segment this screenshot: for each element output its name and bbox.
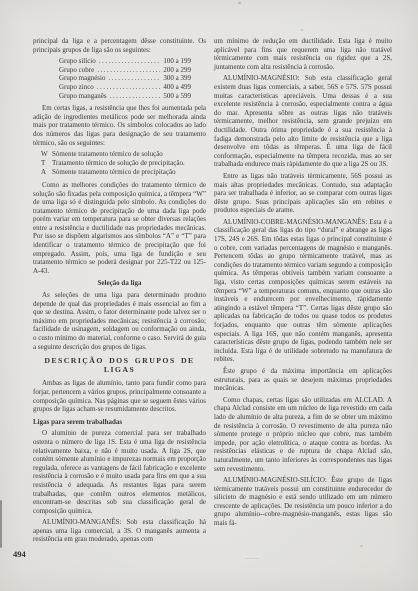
group-label: Grupo magnésio — [59, 74, 105, 83]
section-heading-descricao-grupos: DESCRIÇÃO DOS GRUPOS DE LIGAS — [33, 357, 206, 374]
paragraph-continuation: principal da liga e a percentagem dêsse … — [33, 37, 206, 54]
list-item: W Sòmente tratamento térmico de solução — [41, 150, 206, 159]
paragraph-condicoes: Como as melhores condições do tratamento… — [33, 181, 206, 276]
section-heading-selecao-da-liga: Seleção da liga — [33, 279, 206, 288]
dot-leader: ...................... — [99, 57, 161, 66]
paragraph-ambas-ligas: Ambas as ligas de alumínio, tanto para f… — [33, 379, 206, 413]
scanned-book-page: principal da liga e a percentagem dêsse … — [0, 0, 418, 591]
group-range: 200 a 299 — [163, 66, 191, 75]
symbol-description: Sòmente tratamento térmico de precipitaç… — [52, 168, 206, 177]
dot-leader: ...................... — [97, 66, 160, 75]
list-item: T Tratamento térmico de solução de preci… — [41, 159, 206, 168]
paragraph-este-grupo: Êste grupo é da máxima importância em ap… — [214, 367, 392, 393]
alloy-group-number-list: Grupo silício ...................... 100… — [59, 57, 191, 100]
paragraph-aluminio-magnesio-silicio: ALUMÍNIO-MAGNÉSIO-SILÍCIO: Êste grupo de… — [214, 476, 392, 528]
paragraph-selecao: As seleções de uma liga para determinado… — [33, 291, 206, 351]
paragraph-alclad: Como chapas, certas ligas são utilizadas… — [214, 396, 392, 473]
paragraph-aluminio-magnesio: ALUMÍNIO-MAGNÉSIO: Sob esta classificaçã… — [214, 74, 392, 169]
paragraph-aluminio-manganes: ALUMÍNIO-MANGANÊS: Sob esta classificaçã… — [33, 518, 206, 544]
symbol-code: W — [41, 150, 52, 159]
treatment-symbol-list: W Sòmente tratamento térmico de solução … — [41, 150, 206, 177]
group-range: 400 a 499 — [163, 83, 191, 92]
page-number: 494 — [13, 549, 26, 559]
dot-leader: ...................... — [108, 74, 160, 83]
list-item: A Sòmente tratamento térmico de precipit… — [41, 168, 206, 177]
paragraph-aluminio-pureza: O alumínio de pureza comercial para ser … — [33, 429, 206, 515]
scan-speck — [238, 2, 241, 4]
paragraph-entre-as-ligas: Entre as ligas não tratáveis tèrmicament… — [214, 172, 392, 215]
list-item: Grupo magnésio ...................... 30… — [59, 74, 191, 83]
subheading-ligas-trabalhadas: Ligas para serem trabalhadas — [33, 418, 206, 427]
group-label: Grupo zinco — [59, 83, 94, 92]
symbol-code: A — [41, 168, 52, 177]
paragraph-tratamento-termico: Em certas ligas, a resistência que lhes … — [33, 104, 206, 147]
paragraph-continuation: um mínimo de redução em ductilidade. Est… — [214, 37, 392, 71]
scan-speck — [301, 29, 303, 31]
dot-leader: ...................... — [97, 83, 161, 92]
list-item: Grupo silício ...................... 100… — [59, 57, 191, 66]
scan-edge-artifact — [0, 500, 2, 548]
list-item: Grupo cobre ...................... 200 a… — [59, 66, 191, 75]
symbol-description: Sòmente tratamento térmico de solução — [52, 150, 206, 159]
symbol-description: Tratamento térmico de solução de precipi… — [52, 159, 206, 168]
scan-speck — [360, 545, 363, 547]
paragraph-aluminio-cobre-magnesio-manganes: ALUMÍNIO-COBRE-MAGNÉSIO-MANGANÊS: Esta é… — [214, 218, 392, 364]
symbol-code: T — [41, 159, 52, 168]
group-label: Grupo manganês — [59, 92, 107, 101]
group-label: Grupo cobre — [59, 66, 94, 75]
dot-leader: ...................... — [110, 92, 161, 101]
scan-speck — [245, 558, 259, 559]
right-column: um mínimo de redução em ductilidade. Est… — [214, 37, 392, 531]
list-item: Grupo zinco ...................... 400 a… — [59, 83, 191, 92]
scan-speck — [282, 86, 284, 88]
list-item: Grupo manganês ...................... 50… — [59, 92, 191, 101]
left-column: principal da liga e a percentagem dêsse … — [33, 37, 206, 547]
group-range: 100 a 199 — [163, 57, 191, 66]
group-range: 500 a 599 — [163, 92, 191, 101]
group-range: 300 a 399 — [163, 74, 191, 83]
group-label: Grupo silício — [59, 57, 96, 66]
